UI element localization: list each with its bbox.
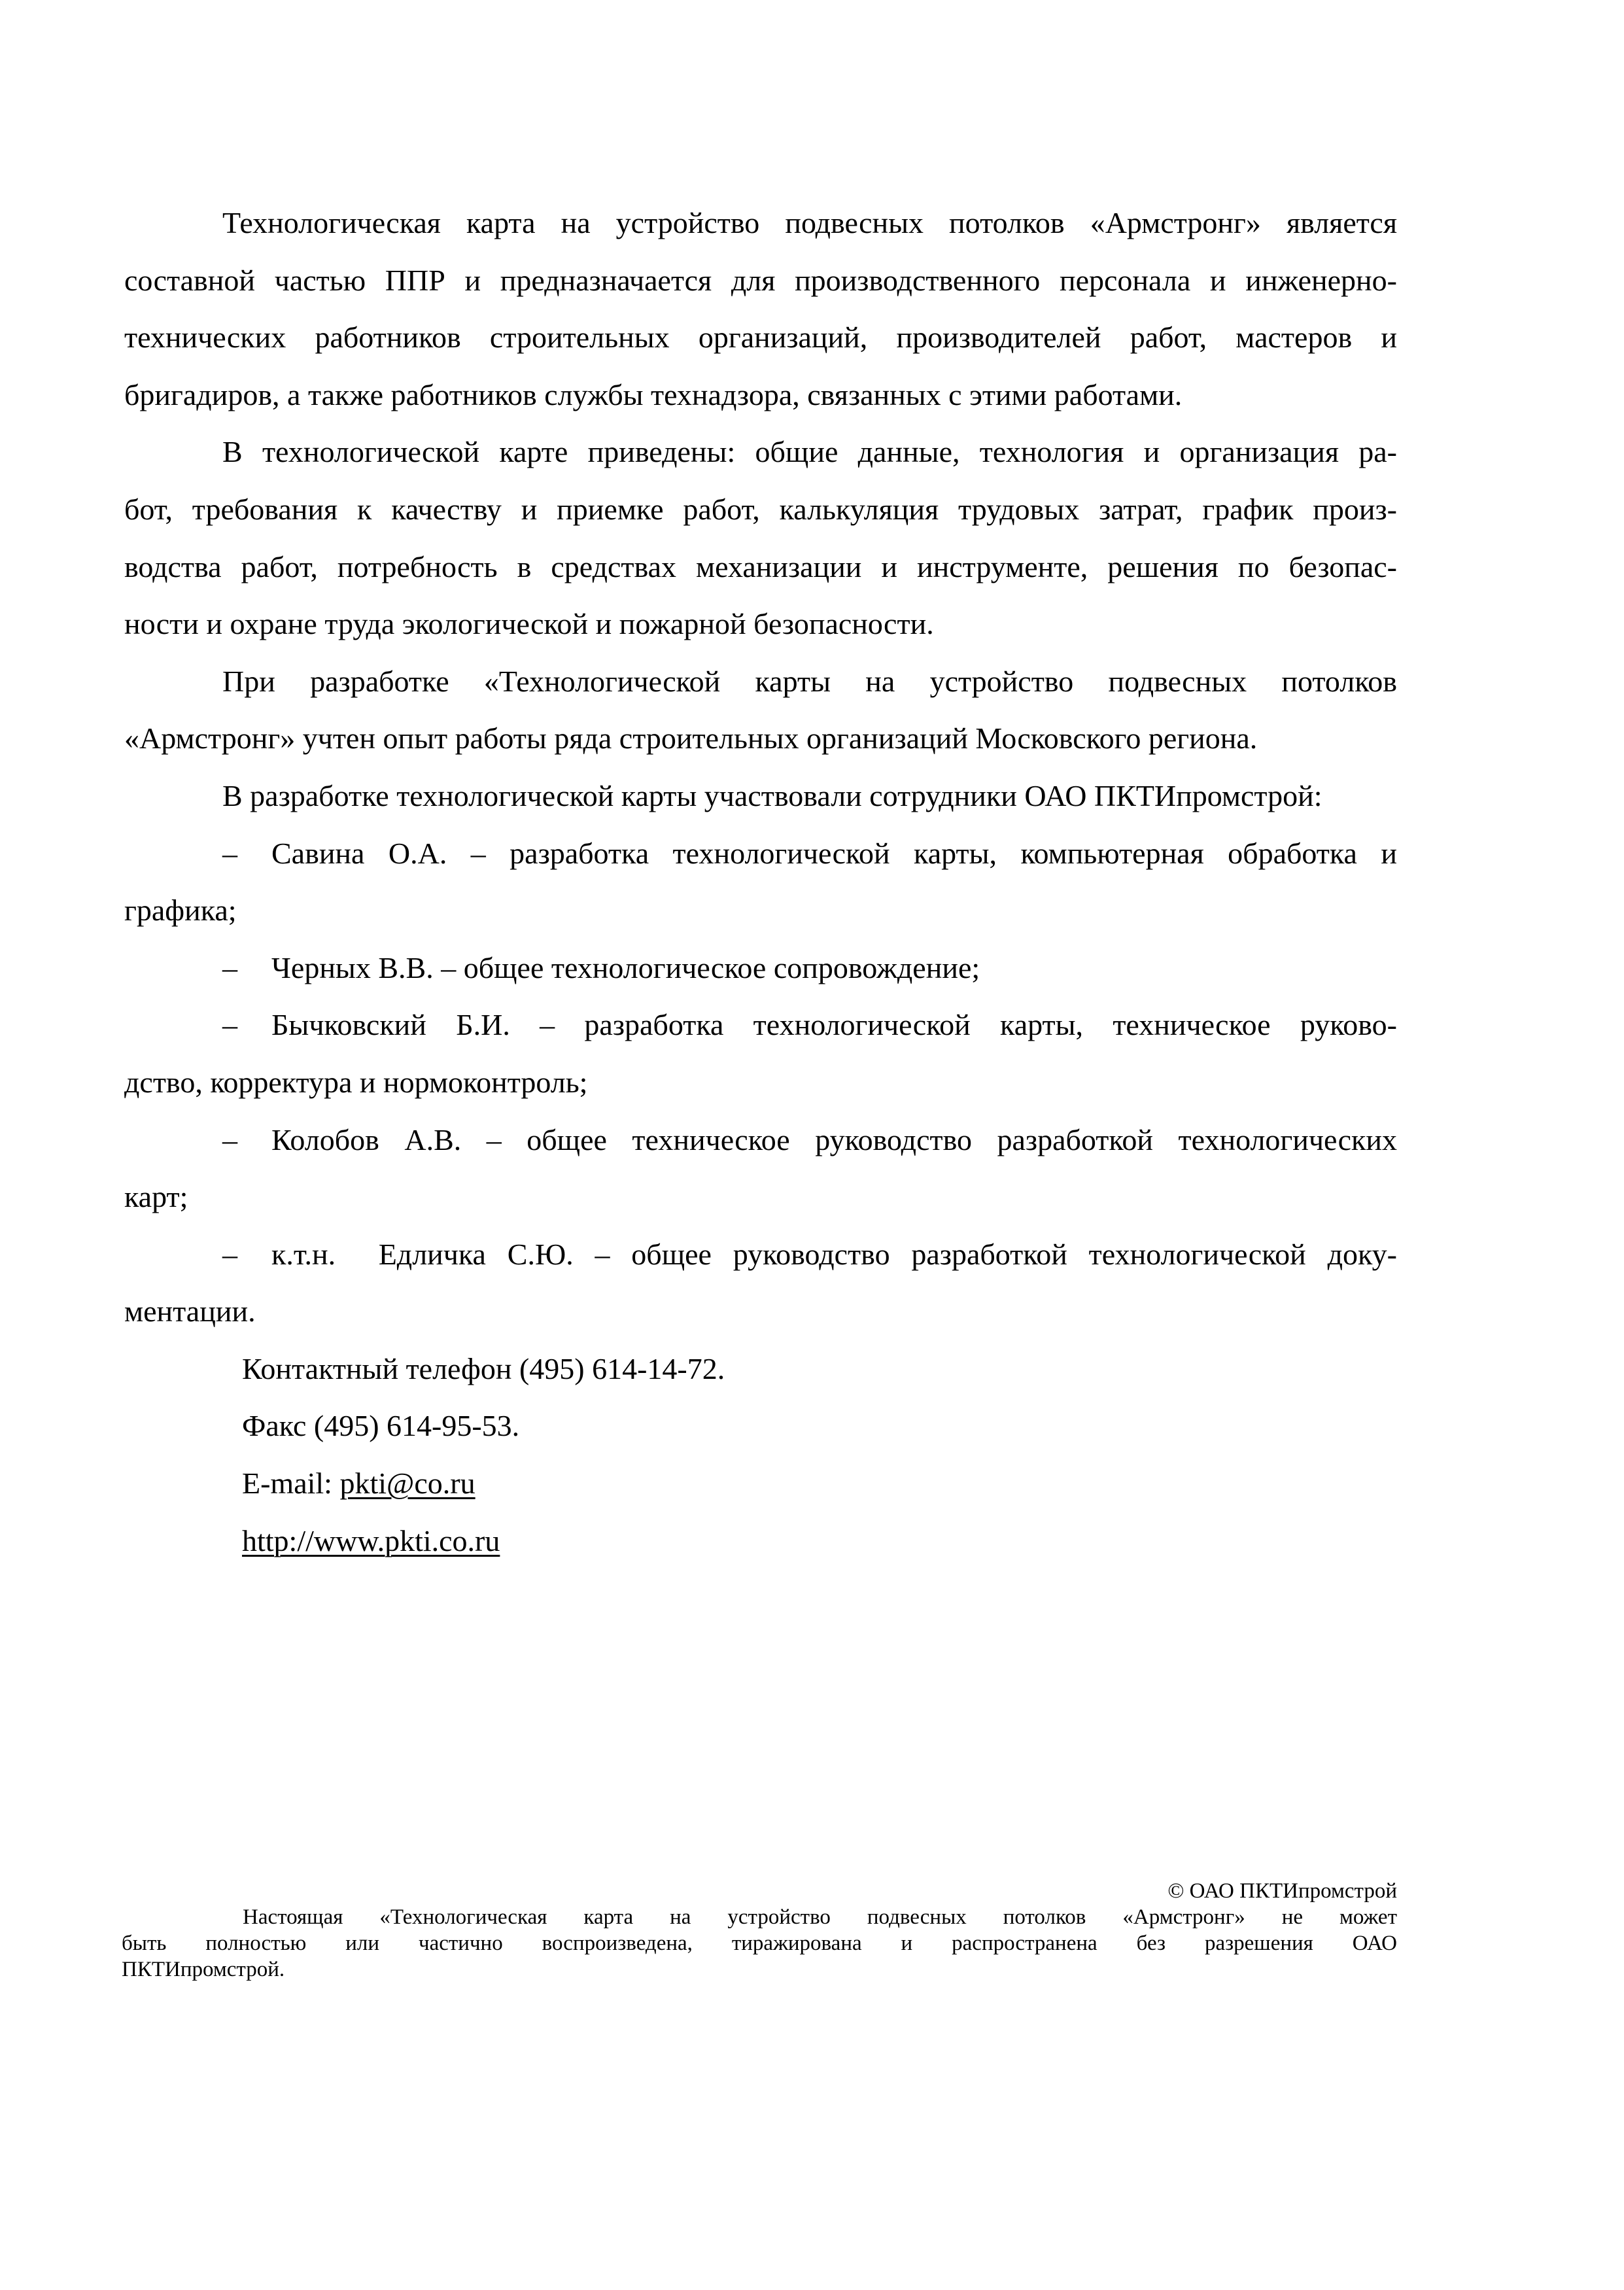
list-dash: – bbox=[124, 1226, 271, 1283]
document-body: Технологическая карта на устройство подв… bbox=[124, 194, 1397, 1569]
participant-text: к.т.н. Едличка С.Ю. – общее руководство … bbox=[271, 1226, 1397, 1283]
participant-text: Черных В.В. – общее технологическое сопр… bbox=[271, 939, 1397, 997]
contacts-block: Контактный телефон (495) 614-14-72. Факс… bbox=[124, 1340, 1397, 1569]
intro-line: Технологическая карта на устройство подв… bbox=[124, 194, 1397, 252]
participant-text: Колобов А.В. – общее техническое руковод… bbox=[271, 1111, 1397, 1169]
participant-item: – Савина О.А. – разработка технологическ… bbox=[124, 825, 1397, 939]
list-dash: – bbox=[124, 939, 271, 997]
list-dash: – bbox=[124, 825, 271, 882]
participants-list: – Савина О.А. – разработка технологическ… bbox=[124, 825, 1397, 1340]
contents-line: бот, требования к качеству и приемке раб… bbox=[124, 481, 1397, 538]
intro-line: составной частью ППР и предназначается д… bbox=[124, 252, 1397, 309]
participant-continuation: ментации. bbox=[124, 1283, 1397, 1340]
participant-item: – Бычковский Б.И. – разработка технологи… bbox=[124, 996, 1397, 1111]
participant-continuation: дство, корректура и нормоконтроль; bbox=[124, 1054, 1397, 1111]
intro-line: бригадиров, а также работников службы те… bbox=[124, 366, 1397, 424]
list-dash: – bbox=[124, 996, 271, 1054]
participant-continuation: графика; bbox=[124, 882, 1397, 939]
contact-fax: Факс (495) 614-95-53. bbox=[242, 1397, 1397, 1455]
contents-line: В технологической карте приведены: общие… bbox=[124, 423, 1397, 481]
participants-intro: В разработке технологической карты участ… bbox=[124, 767, 1397, 825]
copyright-owner: © ОАО ПКТИпромстрой bbox=[122, 1878, 1397, 1904]
copyright-notice-line: Настоящая «Технологическая карта на устр… bbox=[122, 1904, 1397, 1930]
experience-line: «Армстронг» учтен опыт работы ряда строи… bbox=[124, 710, 1397, 767]
participant-item: – к.т.н. Едличка С.Ю. – общее руководств… bbox=[124, 1226, 1397, 1340]
document-page: Технологическая карта на устройство подв… bbox=[0, 0, 1624, 2290]
participant-item: – Колобов А.В. – общее техническое руков… bbox=[124, 1111, 1397, 1226]
participant-text: Бычковский Б.И. – разработка технологиче… bbox=[271, 996, 1397, 1054]
contact-phone: Контактный телефон (495) 614-14-72. bbox=[242, 1340, 1397, 1398]
intro-line: технических работников строительных орга… bbox=[124, 309, 1397, 366]
contact-website-line: http://www.pkti.co.ru bbox=[242, 1512, 1397, 1570]
experience-paragraph: При разработке «Технологической карты на… bbox=[124, 653, 1397, 767]
email-link[interactable]: pkti@co.ru bbox=[339, 1466, 475, 1500]
intro-paragraph: Технологическая карта на устройство подв… bbox=[124, 194, 1397, 423]
copyright-notice-line: ПКТИпромстрой. bbox=[122, 1956, 1397, 1983]
copyright-notice-line: быть полностью или частично воспроизведе… bbox=[122, 1930, 1397, 1956]
experience-line: При разработке «Технологической карты на… bbox=[124, 653, 1397, 710]
website-link[interactable]: http://www.pkti.co.ru bbox=[242, 1524, 500, 1557]
contents-paragraph: В технологической карте приведены: общие… bbox=[124, 423, 1397, 652]
email-label: E-mail: bbox=[242, 1466, 339, 1500]
contact-email-line: E-mail: pkti@co.ru bbox=[242, 1455, 1397, 1512]
copyright-footer: © ОАО ПКТИпромстрой Настоящая «Технологи… bbox=[122, 1878, 1397, 1983]
participant-item: – Черных В.В. – общее технологическое со… bbox=[124, 939, 1397, 997]
list-dash: – bbox=[124, 1111, 271, 1169]
participant-text: Савина О.А. – разработка технологической… bbox=[271, 825, 1397, 882]
participant-continuation: карт; bbox=[124, 1168, 1397, 1226]
contents-line: водства работ, потребность в средствах м… bbox=[124, 538, 1397, 596]
contents-line: ности и охране труда экологической и пож… bbox=[124, 595, 1397, 653]
